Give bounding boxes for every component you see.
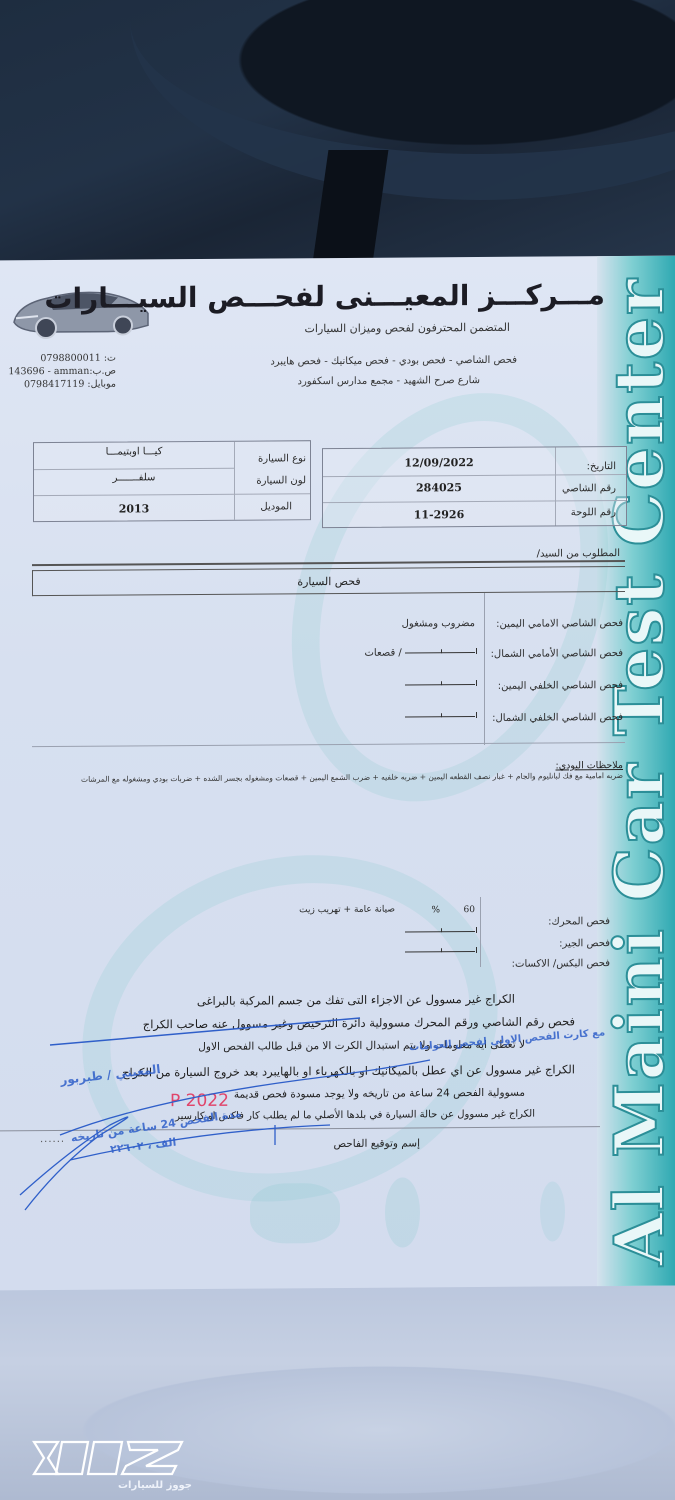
red-date-stamp: P 2022 bbox=[170, 1091, 229, 1111]
engine-percent-unit: % bbox=[431, 905, 440, 915]
chassis-number-label: رقم الشاصي bbox=[562, 483, 616, 494]
side-banner-text: Al Maini Car Test Center bbox=[600, 731, 675, 1267]
rear-left-chassis-value bbox=[405, 711, 475, 722]
chassis-number-value: 284025 bbox=[323, 480, 555, 495]
contact-mobile: 0798417119 :موبايل bbox=[4, 378, 116, 392]
background-car-seat bbox=[0, 0, 675, 270]
good-dash-line bbox=[405, 716, 475, 717]
plate-number-value: 11-2926 bbox=[323, 507, 555, 522]
front-right-chassis-value: مضروب ومشغول bbox=[402, 618, 475, 630]
rear-left-chassis-label: فحص الشاصي الخلفي الشمال: bbox=[492, 712, 623, 724]
jooz-logo-subtitle: جووز للسيارات bbox=[118, 1480, 192, 1491]
contact-po-box: 143696 - amman:ص.ب bbox=[4, 365, 116, 379]
contact-phone: 0798800011 :ت bbox=[4, 352, 116, 366]
gear-label: فحص الجير: bbox=[559, 938, 610, 949]
vehicle-type-label: نوع السيارة bbox=[258, 453, 306, 464]
mechanical-divider bbox=[480, 897, 481, 967]
inspection-title: فحص السيارة bbox=[33, 573, 625, 590]
seat-curve bbox=[130, 0, 675, 200]
box-divider bbox=[555, 447, 556, 525]
engine-percent-value: 60 bbox=[464, 905, 475, 915]
chassis-inspection-section: فحص السيارة فحص الشاصي الامامي اليمين: م… bbox=[32, 560, 625, 746]
front-left-chassis-label: فحص الشاصي الأمامي الشمال: bbox=[491, 648, 623, 660]
inspection-divider bbox=[484, 593, 485, 745]
vehicle-info-box: كيـــا اوبتيمـــا نوع السيارة سلفـــــــ… bbox=[33, 440, 311, 522]
company-name: مـــركـــز المعيـــنى لفحـــص السيـــارا… bbox=[44, 278, 605, 315]
inspection-report-paper: Al Maini Car Test Center مـــركـــز المع… bbox=[0, 256, 675, 1291]
inspection-header: فحص السيارة bbox=[32, 566, 625, 596]
box-divider bbox=[34, 493, 310, 496]
box-divider bbox=[234, 442, 235, 520]
front-right-chassis-label: فحص الشاصي الامامي اليمين: bbox=[496, 618, 623, 630]
axles-value bbox=[405, 947, 475, 957]
contact-info: 0798800011 :ت 143696 - amman:ص.ب 0798417… bbox=[4, 352, 116, 392]
requested-from-label: المطلوب من السيد/ bbox=[537, 548, 620, 560]
company-subtitle: المتضمن المحترفون لفحص وميزان السيارات bbox=[305, 321, 510, 335]
vehicle-color-value: سلفـــــــر bbox=[34, 472, 234, 484]
date-value: 12/09/2022 bbox=[323, 455, 555, 470]
good-dash-line bbox=[405, 684, 475, 685]
signature-dots: ...... bbox=[40, 1134, 65, 1145]
faint-watermark-logo bbox=[540, 1181, 565, 1241]
good-dash-line bbox=[405, 931, 475, 932]
disclaimer-1: الكراج غير مسوول عن الاجزاء التى تفك من … bbox=[197, 992, 515, 1008]
report-info-box: 12/09/2022 التاريخ: 284025 رقم الشاصي 11… bbox=[322, 446, 627, 528]
plate-number-label: رقم اللوحة bbox=[571, 507, 616, 518]
axles-label: فحص البكس/ الاكسات: bbox=[512, 958, 610, 970]
faint-watermark-logo bbox=[385, 1177, 420, 1247]
vehicle-type-value: كيـــا اوبتيمـــا bbox=[34, 446, 234, 458]
engine-label: فحص المحرك: bbox=[548, 916, 610, 927]
vehicle-model-label: الموديل bbox=[260, 501, 292, 512]
examiner-signature-label: إسم وتوقيع الفاحص bbox=[333, 1137, 420, 1150]
faint-watermark-logo bbox=[250, 1183, 340, 1244]
disclaimer-2: فحص رقم الشاصي ورقم المحرك مسوولية دائرة… bbox=[143, 1014, 575, 1031]
engine-note: صيانة عامة + تهريب زيت bbox=[299, 905, 395, 916]
rear-right-chassis-value bbox=[405, 679, 475, 690]
vehicle-model-value: 2013 bbox=[34, 502, 234, 516]
vehicle-color-label: لون السيارة bbox=[256, 475, 306, 486]
box-divider bbox=[323, 500, 626, 503]
gear-value bbox=[405, 927, 475, 937]
good-dash-line bbox=[405, 951, 475, 952]
disclaimer-5: مسوولية الفحص 24 ساعة من تاريخه ولا يوجد… bbox=[234, 1087, 525, 1101]
good-dash-line bbox=[405, 652, 475, 653]
body-notes-text: ضربه امامية مع فك لبانليوم والجام + غبار… bbox=[58, 770, 623, 785]
company-address: شارع صرح الشهيد - مجمع مدارس اسكفورد bbox=[297, 375, 480, 387]
date-label: التاريخ: bbox=[587, 461, 616, 472]
jooz-logo-icon bbox=[30, 1438, 190, 1478]
company-services: فحص الشاصي - فحص بودي - فحص ميكانيك - فح… bbox=[270, 355, 517, 368]
front-left-chassis-value: / قصعات bbox=[365, 647, 475, 659]
disclaimer-4: الكراج غير مسوول عن اي عطل بالميكانيك او… bbox=[122, 1062, 575, 1079]
box-divider bbox=[34, 468, 234, 470]
box-divider bbox=[323, 474, 626, 477]
rear-right-chassis-label: فحص الشاصي الخلفي اليمين: bbox=[498, 680, 623, 692]
